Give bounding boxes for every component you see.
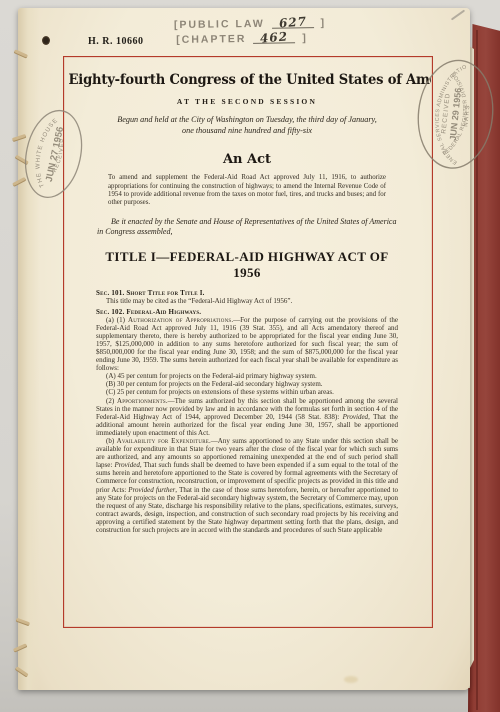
session-heading: AT THE SECOND SESSION xyxy=(63,97,431,106)
public-law-blank: 627 xyxy=(272,18,314,29)
convened-line2: one thousand nine hundred and fifty-six xyxy=(182,126,312,135)
chapter-number-handwritten: 462 xyxy=(260,32,289,42)
paper-smudge xyxy=(344,676,358,683)
gsa-stamp-nars: NARS xyxy=(463,104,471,127)
public-law-annotation: [PUBLIC LAW 627 ] xyxy=(130,16,370,31)
pencil-mark xyxy=(451,10,465,21)
punch-hole xyxy=(42,36,50,45)
chapter-close: ] xyxy=(302,32,308,44)
act-body: Sec. 101. Short Title for Title I.This t… xyxy=(96,289,398,534)
act-paragraph: Sec. 101. Short Title for Title I. xyxy=(96,289,398,297)
chapter-open: [CHAPTER xyxy=(176,33,246,46)
act-paragraph: (a) (1) Authorization of Appropriations.… xyxy=(96,316,398,373)
act-paragraph: (A) 45 per centum for projects on the Fe… xyxy=(96,372,398,380)
act-paragraph: (B) 30 per centum for projects on the Fe… xyxy=(96,380,398,388)
congress-title: Eighty-fourth Congress of the United Sta… xyxy=(69,72,426,88)
public-law-close: ] xyxy=(320,17,326,29)
document-page: H. R. 10660 [PUBLIC LAW 627 ] [CHAPTER 4… xyxy=(18,8,470,690)
act-paragraph: (b) Availability for Expenditure.—Any su… xyxy=(96,437,398,534)
act-paragraph: (2) Apportionments.—The sums authorized … xyxy=(96,397,398,437)
engrossed-text: Eighty-fourth Congress of the United Sta… xyxy=(63,56,431,626)
title1-heading-line1: TITLE I—FEDERAL-AID HIGHWAY ACT OF xyxy=(105,249,388,264)
public-law-number-handwritten: 627 xyxy=(278,17,307,27)
act-paragraph: (C) 25 per centum for projects on extens… xyxy=(96,388,398,396)
enacting-clause: Be it enacted by the Senate and House of… xyxy=(97,217,397,237)
title1-heading: TITLE I—FEDERAL-AID HIGHWAY ACT OF 1956 xyxy=(63,249,431,282)
gsa-received-stamp: GENERAL SERVICES ADMINISTRATION FEDERAL … xyxy=(408,52,500,177)
convened-statement: Begun and held at the City of Washington… xyxy=(63,114,431,136)
an-act-heading: An Act xyxy=(63,152,431,167)
photo-background: H. R. 10660 [PUBLIC LAW 627 ] [CHAPTER 4… xyxy=(0,0,500,712)
act-paragraph: This title may be cited as the “Federal-… xyxy=(96,297,398,305)
title1-heading-line2: 1956 xyxy=(233,265,261,280)
chapter-blank: 462 xyxy=(253,33,295,44)
act-preamble: To amend and supplement the Federal-Aid … xyxy=(108,174,386,208)
chapter-annotation: [CHAPTER 462 ] xyxy=(122,31,362,46)
act-paragraph: Sec. 102. Federal-Aid Highways. xyxy=(96,308,398,316)
public-law-open: [PUBLIC LAW xyxy=(174,18,265,31)
convened-line1: Begun and held at the City of Washington… xyxy=(117,115,377,124)
